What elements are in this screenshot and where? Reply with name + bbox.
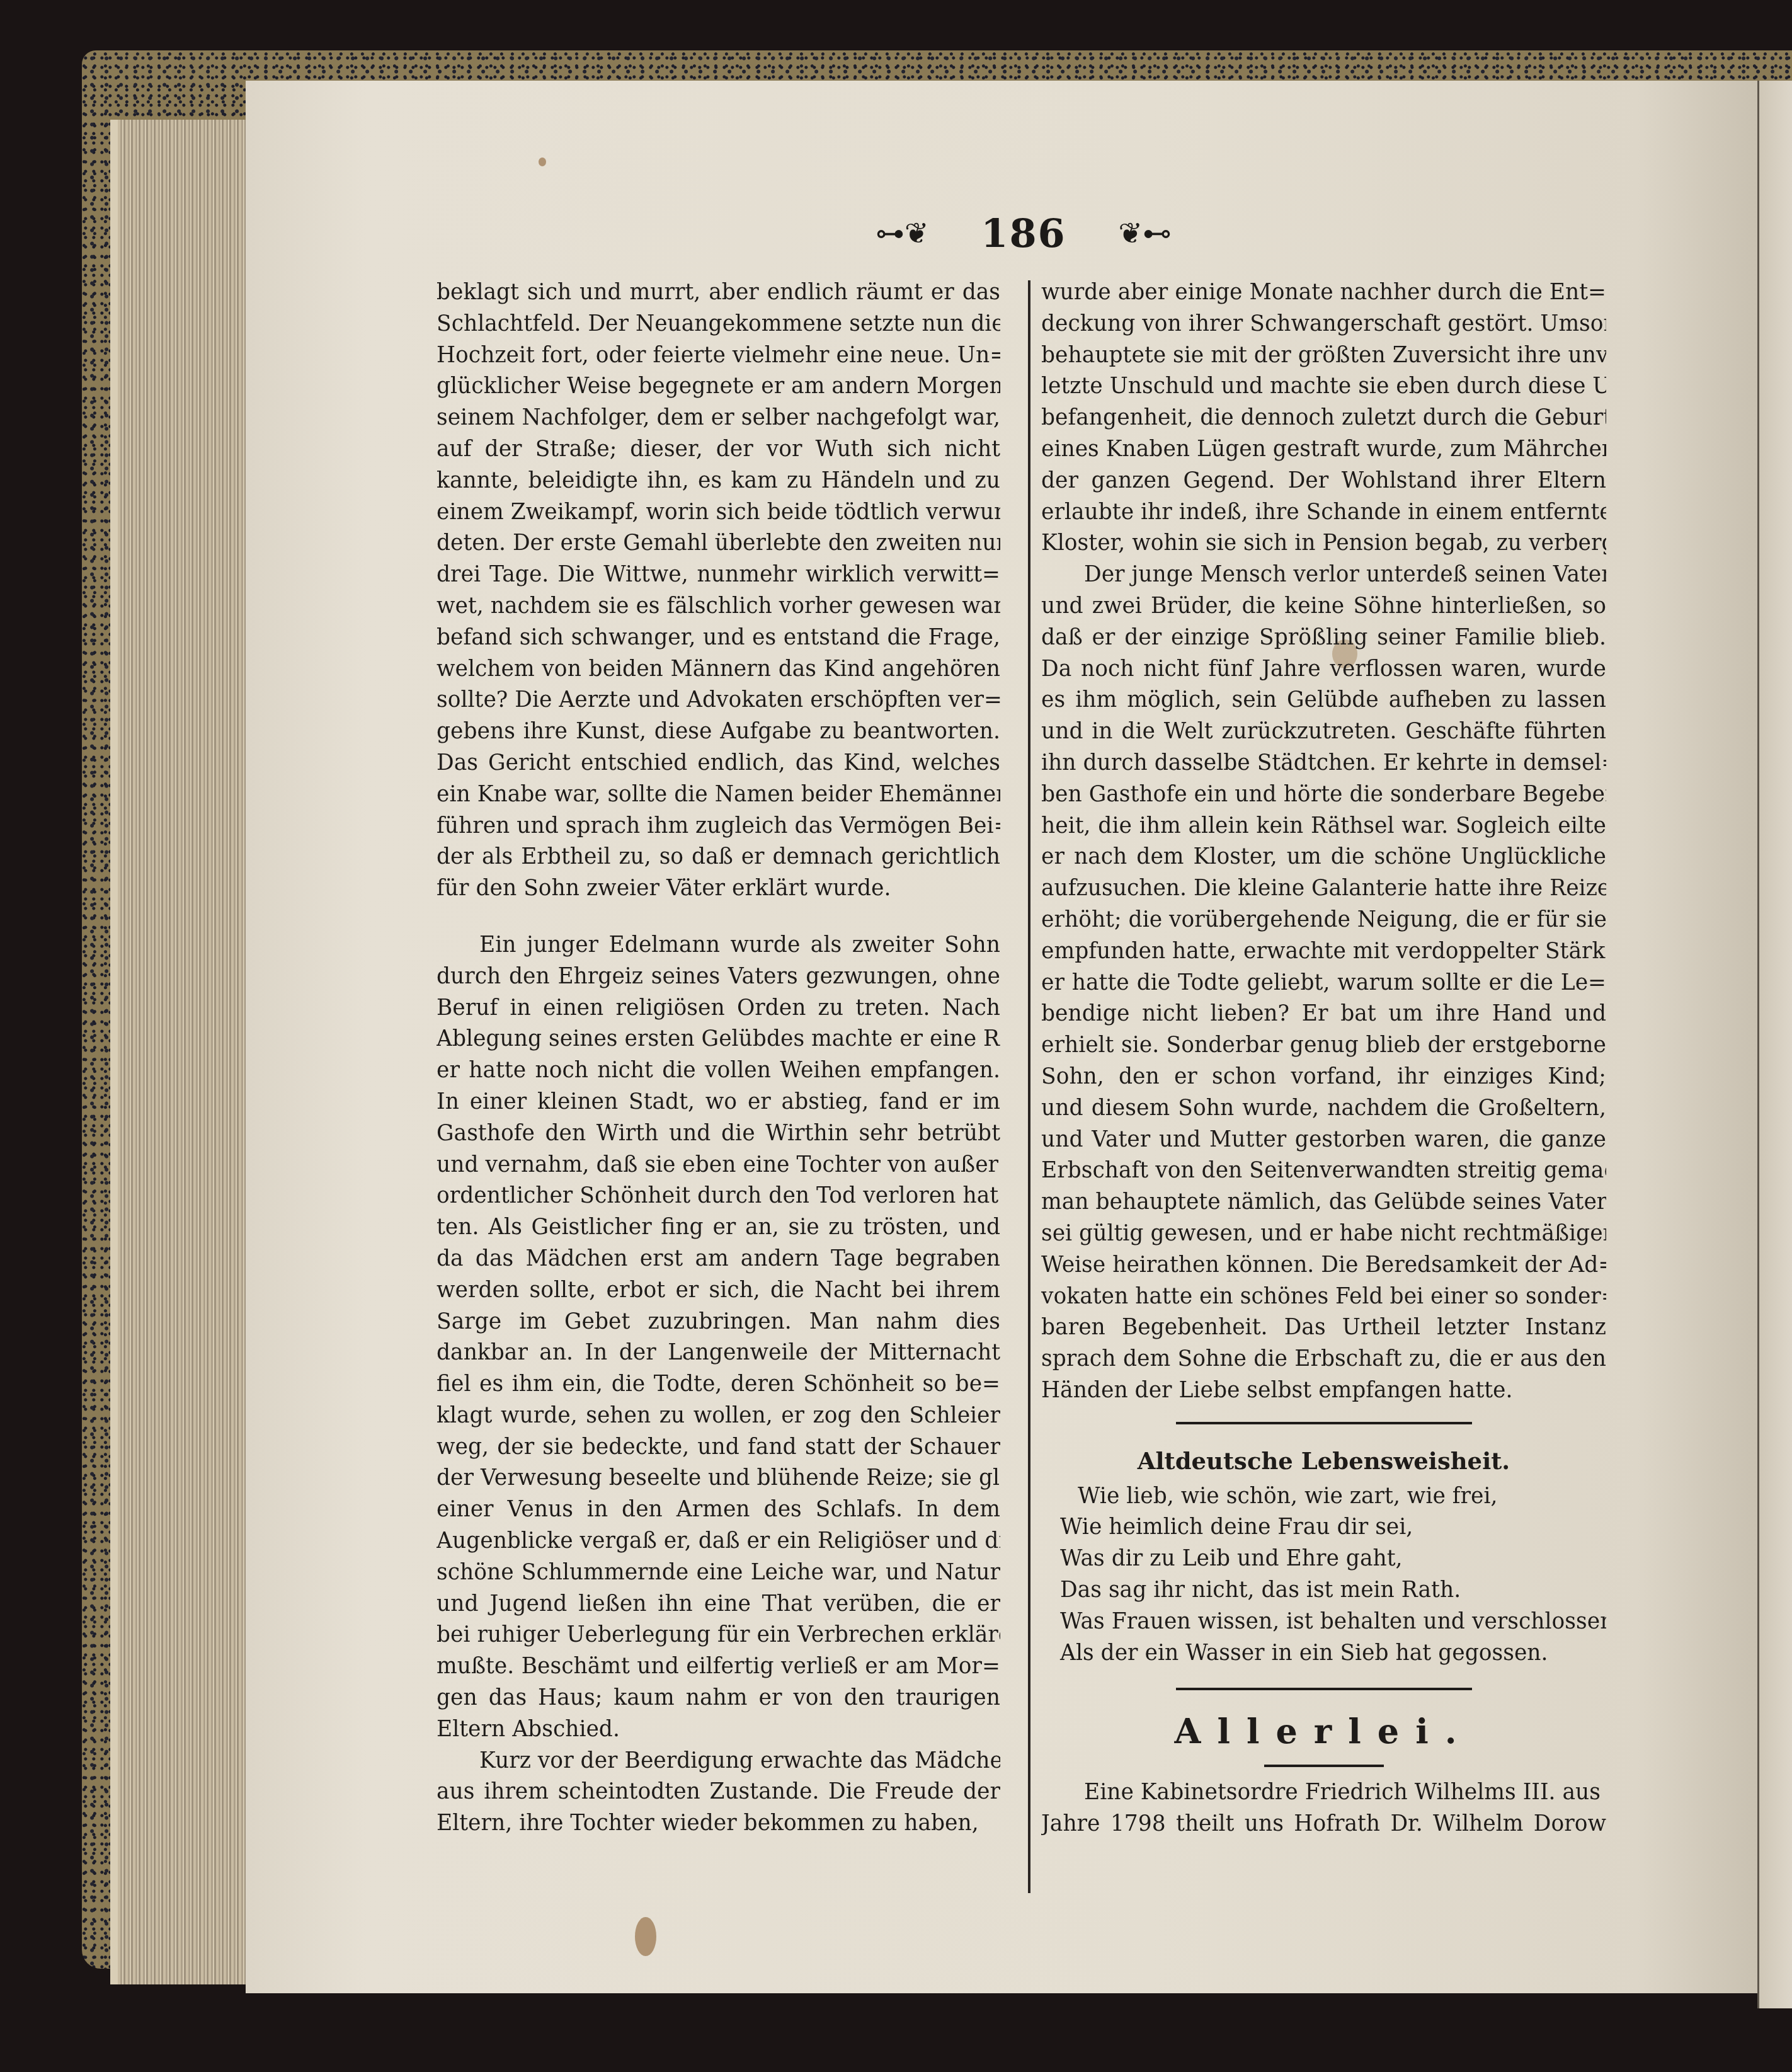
text-line: und diesem Sohn wurde, nachdem die Große… bbox=[1041, 1093, 1606, 1125]
text-line: befand sich schwanger, und es entstand d… bbox=[437, 622, 1000, 654]
poem-title: Altdeutsche Lebensweisheit. bbox=[1041, 1441, 1606, 1481]
text-line: deckung von ihrer Schwangerschaft gestör… bbox=[1041, 309, 1606, 340]
text-line: Eine Kabinetsordre Friedrich Wilhelms II… bbox=[1041, 1777, 1606, 1809]
text-line: empfunden hatte, erwachte mit verdoppelt… bbox=[1041, 936, 1606, 968]
page-fore-edge bbox=[110, 120, 253, 1984]
text-line: ordentlicher Schönheit durch den Tod ver… bbox=[437, 1181, 1000, 1212]
text-line: Kurz vor der Beerdigung erwachte das Mäd… bbox=[437, 1746, 1000, 1777]
text-line: dankbar an. In der Langenweile der Mitte… bbox=[437, 1337, 1000, 1369]
text-line: Eltern Abschied. bbox=[437, 1714, 1000, 1746]
text-line: und vernahm, daß sie eben eine Tochter v… bbox=[437, 1150, 1000, 1181]
text-line: er hatte noch nicht die vollen Weihen em… bbox=[437, 1055, 1000, 1087]
right-column: wurde aber einige Monate nachher durch d… bbox=[1041, 277, 1606, 1840]
text-line: führen und sprach ihm zugleich das Vermö… bbox=[437, 811, 1000, 842]
text-line: und zwei Brüder, die keine Söhne hinterl… bbox=[1041, 591, 1606, 622]
text-line: auf der Straße; dieser, der vor Wuth sic… bbox=[437, 434, 1000, 466]
ornament-left-icon: ⊶❦ bbox=[876, 216, 929, 250]
section-rule bbox=[1176, 1422, 1472, 1424]
text-line: letzte Unschuld und machte sie eben durc… bbox=[1041, 371, 1606, 403]
text-line: der ganzen Gegend. Der Wohlstand ihrer E… bbox=[1041, 466, 1606, 497]
column-divider bbox=[1028, 280, 1030, 1893]
text-line: heit, die ihm allein kein Räthsel war. S… bbox=[1041, 811, 1606, 842]
text-line: bendige nicht lieben? Er bat um ihre Han… bbox=[1041, 999, 1606, 1030]
text-line: Erbschaft von den Seitenverwandten strei… bbox=[1041, 1155, 1606, 1187]
text-line: Händen der Liebe selbst empfangen hatte. bbox=[1041, 1375, 1606, 1407]
text-line: Gasthofe den Wirth und die Wirthin sehr … bbox=[437, 1118, 1000, 1150]
left-column: beklagt sich und murrt, aber endlich räu… bbox=[437, 277, 1000, 1840]
poem-line: Wie lieb, wie schön, wie zart, wie frei, bbox=[1041, 1481, 1606, 1513]
text-line: behauptete sie mit der größten Zuversich… bbox=[1041, 340, 1606, 372]
text-line: Der junge Mensch verlor unterdeß seinen … bbox=[1041, 559, 1606, 591]
paragraph: Ein junger Edelmann wurde als zweiter So… bbox=[437, 930, 1000, 1746]
text-line: für den Sohn zweier Väter erklärt wurde. bbox=[437, 873, 1000, 905]
poem-line: Das sag ihr nicht, das ist mein Rath. bbox=[1041, 1575, 1606, 1606]
text-line: ben Gasthofe ein und hörte die sonderbar… bbox=[1041, 779, 1606, 811]
text-line: einem Zweikampf, worin sich beide tödtli… bbox=[437, 497, 1000, 529]
text-line: Augenblicke vergaß er, daß er ein Religi… bbox=[437, 1526, 1000, 1557]
poem: Wie lieb, wie schön, wie zart, wie frei,… bbox=[1041, 1481, 1606, 1669]
text-line: einer Venus in den Armen des Schlafs. In… bbox=[437, 1494, 1000, 1526]
text-line: baren Begebenheit. Das Urtheil letzter I… bbox=[1041, 1312, 1606, 1344]
text-line: welchem von beiden Männern das Kind ange… bbox=[437, 654, 1000, 685]
ornament-right-icon: ❦⊷ bbox=[1118, 216, 1172, 250]
text-line: mußte. Beschämt und eilfertig verließ er… bbox=[437, 1651, 1000, 1683]
text-line: Kloster, wohin sie sich in Pension begab… bbox=[1041, 528, 1606, 559]
text-line: er hatte die Todte geliebt, warum sollte… bbox=[1041, 968, 1606, 999]
text-line: bei ruhiger Ueberlegung für ein Verbrech… bbox=[437, 1620, 1000, 1651]
text-line: eines Knaben Lügen gestraft wurde, zum M… bbox=[1041, 434, 1606, 466]
text-line: erhielt sie. Sonderbar genug blieb der e… bbox=[1041, 1030, 1606, 1062]
text-line: Sarge im Gebet zuzubringen. Man nahm die… bbox=[437, 1307, 1000, 1338]
text-line: und Vater und Mutter gestorben waren, di… bbox=[1041, 1125, 1606, 1156]
poem-line: Wie heimlich deine Frau dir sei, bbox=[1041, 1512, 1606, 1543]
paragraph: wurde aber einige Monate nachher durch d… bbox=[1041, 277, 1606, 559]
text-line: Ein junger Edelmann wurde als zweiter So… bbox=[437, 930, 1000, 961]
text-line: aus ihrem scheintodten Zustande. Die Fre… bbox=[437, 1777, 1000, 1808]
paragraph: beklagt sich und murrt, aber endlich räu… bbox=[437, 277, 1000, 905]
section-title: Allerlei. bbox=[1041, 1707, 1606, 1756]
page-header: ⊶❦ 186 ❦⊷ bbox=[876, 208, 1172, 258]
text-line: daß er der einzige Sprößling seiner Fami… bbox=[1041, 622, 1606, 654]
text-line: Sohn, den er schon vorfand, ihr einziges… bbox=[1041, 1062, 1606, 1093]
text-line: Hochzeit fort, oder feierte vielmehr ein… bbox=[437, 340, 1000, 372]
ink-stain bbox=[539, 157, 546, 166]
text-line: drei Tage. Die Wittwe, nunmehr wirklich … bbox=[437, 559, 1000, 591]
poem-line: Als der ein Wasser in ein Sieb hat gegos… bbox=[1041, 1638, 1606, 1669]
text-line: der Verwesung beseelte und blühende Reiz… bbox=[437, 1463, 1000, 1494]
right-paragraphs: wurde aber einige Monate nachher durch d… bbox=[1041, 277, 1606, 1407]
text-line: weg, der sie bedeckte, und fand statt de… bbox=[437, 1432, 1000, 1463]
text-line: gen das Haus; kaum nahm er von den traur… bbox=[437, 1683, 1000, 1714]
paragraph: Der junge Mensch verlor unterdeß seinen … bbox=[1041, 559, 1606, 1407]
text-line: sprach dem Sohne die Erbschaft zu, die e… bbox=[1041, 1344, 1606, 1375]
ink-stain bbox=[635, 1917, 656, 1956]
text-line: wet, nachdem sie es fälschlich vorher ge… bbox=[437, 591, 1000, 622]
text-line: und in die Welt zurückzutreten. Geschäft… bbox=[1041, 716, 1606, 748]
text-line: beklagt sich und murrt, aber endlich räu… bbox=[437, 277, 1000, 309]
text-line: gebens ihre Kunst, diese Aufgabe zu bean… bbox=[437, 716, 1000, 748]
text-line: Beruf in einen religiösen Orden zu trete… bbox=[437, 993, 1000, 1024]
page-number: 186 bbox=[981, 210, 1066, 256]
text-line: klagt wurde, sehen zu wollen, er zog den… bbox=[437, 1400, 1000, 1432]
text-line: ihn durch dasselbe Städtchen. Er kehrte … bbox=[1041, 748, 1606, 779]
text-line: und Jugend ließen ihn eine That verüben,… bbox=[437, 1589, 1000, 1620]
text-line: Da noch nicht fünf Jahre verflossen ware… bbox=[1041, 654, 1606, 685]
text-line: fiel es ihm ein, die Todte, deren Schönh… bbox=[437, 1369, 1000, 1400]
text-line: vokaten hatte ein schönes Feld bei einer… bbox=[1041, 1281, 1606, 1313]
text-line: schöne Schlummernde eine Leiche war, und… bbox=[437, 1557, 1000, 1589]
text-line: es ihm möglich, sein Gelübde aufheben zu… bbox=[1041, 685, 1606, 716]
text-line: seinem Nachfolger, dem er selber nachgef… bbox=[437, 403, 1000, 434]
text-line: werden sollte, erbot er sich, die Nacht … bbox=[437, 1275, 1000, 1307]
text-line: der als Erbtheil zu, so daß er demnach g… bbox=[437, 842, 1000, 873]
text-line: deten. Der erste Gemahl überlebte den zw… bbox=[437, 528, 1000, 559]
text-line: da das Mädchen erst am andern Tage begra… bbox=[437, 1244, 1000, 1275]
text-line: sollte? Die Aerzte und Advokaten erschöp… bbox=[437, 685, 1000, 716]
text-line: aufzusuchen. Die kleine Galanterie hatte… bbox=[1041, 873, 1606, 905]
book-gutter bbox=[1757, 81, 1792, 2008]
section-rule-short bbox=[1264, 1765, 1384, 1767]
paragraph-gap bbox=[437, 905, 1000, 930]
text-line: kannte, beleidigte ihn, es kam zu Händel… bbox=[437, 466, 1000, 497]
text-line: erhöht; die vorübergehende Neigung, die … bbox=[1041, 905, 1606, 936]
text-line: Eltern, ihre Tochter wieder bekommen zu … bbox=[437, 1808, 1000, 1840]
text-line: erlaubte ihr indeß, ihre Schande in eine… bbox=[1041, 497, 1606, 529]
text-line: Jahre 1798 theilt uns Hofrath Dr. Wilhel… bbox=[1041, 1809, 1606, 1840]
text-line: er nach dem Kloster, um die schöne Unglü… bbox=[1041, 842, 1606, 873]
paragraph: Kurz vor der Beerdigung erwachte das Mäd… bbox=[437, 1746, 1000, 1840]
section-rule bbox=[1176, 1688, 1472, 1690]
text-line: wurde aber einige Monate nachher durch d… bbox=[1041, 277, 1606, 309]
poem-line: Was dir zu Leib und Ehre gaht, bbox=[1041, 1543, 1606, 1575]
text-line: befangenheit, die dennoch zuletzt durch … bbox=[1041, 403, 1606, 434]
text-line: Das Gericht entschied endlich, das Kind,… bbox=[437, 748, 1000, 779]
section-body: Eine Kabinetsordre Friedrich Wilhelms II… bbox=[1041, 1777, 1606, 1840]
text-line: Schlachtfeld. Der Neuangekommene setzte … bbox=[437, 309, 1000, 340]
text-line: ein Knabe war, sollte die Namen beider E… bbox=[437, 779, 1000, 811]
text-line: Ablegung seines ersten Gelübdes machte e… bbox=[437, 1024, 1000, 1055]
text-line: In einer kleinen Stadt, wo er abstieg, f… bbox=[437, 1087, 1000, 1118]
text-line: man behauptete nämlich, das Gelübde sein… bbox=[1041, 1187, 1606, 1218]
text-line: Weise heirathen können. Die Beredsamkeit… bbox=[1041, 1250, 1606, 1281]
text-line: durch den Ehrgeiz seines Vaters gezwunge… bbox=[437, 961, 1000, 993]
poem-line: Was Frauen wissen, ist behalten und vers… bbox=[1041, 1606, 1606, 1638]
text-line: ten. Als Geistlicher fing er an, sie zu … bbox=[437, 1212, 1000, 1244]
text-line: glücklicher Weise begegnete er am andern… bbox=[437, 371, 1000, 403]
text-line: sei gültig gewesen, und er habe nicht re… bbox=[1041, 1218, 1606, 1250]
